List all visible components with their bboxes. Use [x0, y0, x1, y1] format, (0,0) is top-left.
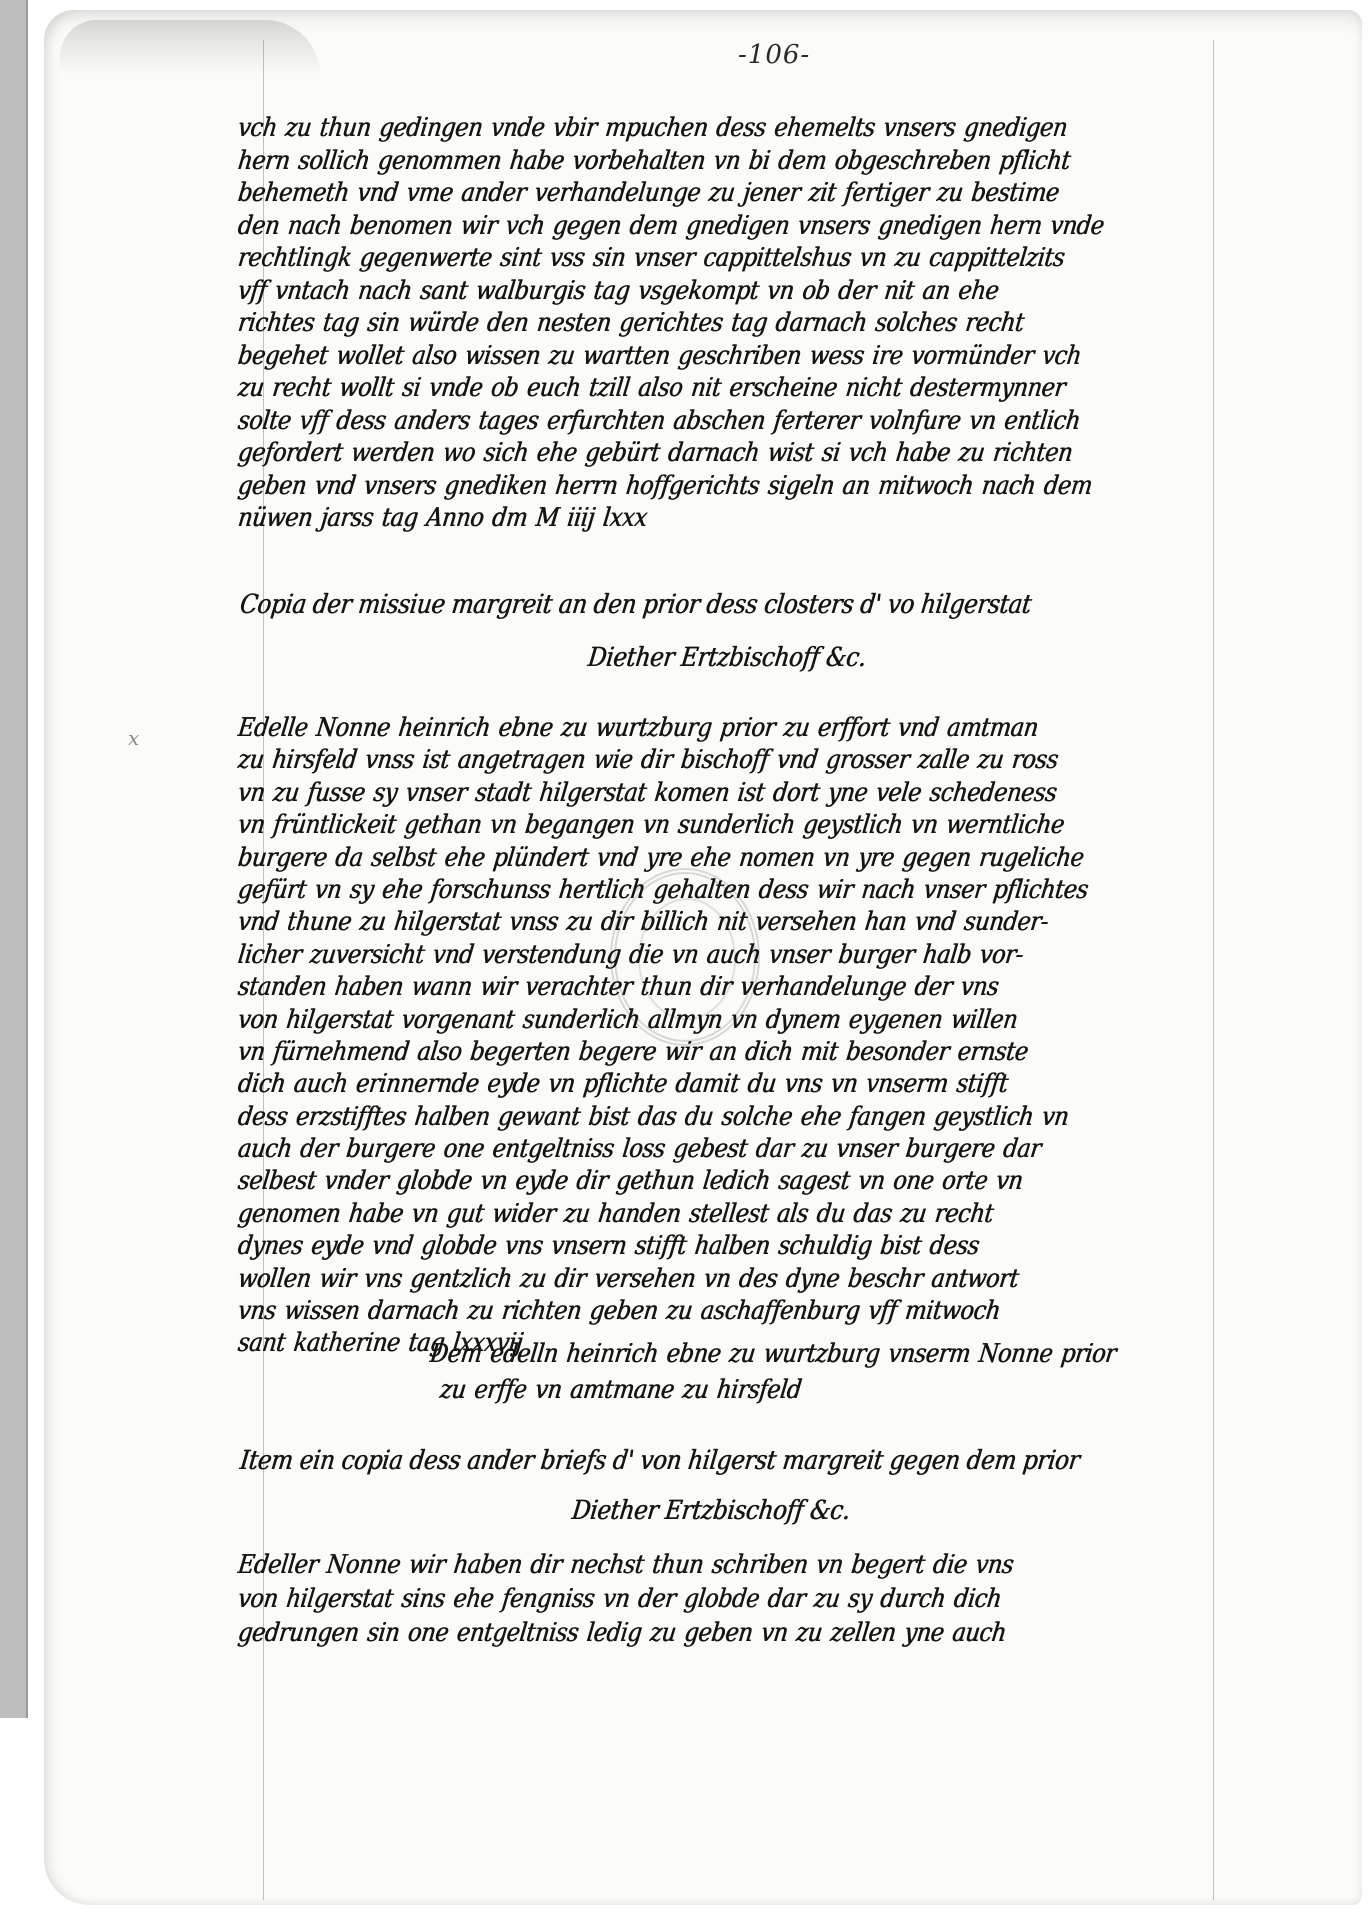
address-line: zu erffe vn amtmane zu hirsfeld: [427, 1369, 1272, 1410]
text-line: standen haben wann wir verachter thun di…: [236, 969, 1251, 1006]
text-line: zu recht wollt si vnde ob euch tzill als…: [236, 370, 1251, 407]
letter-body-2: Edeller Nonne wir haben dir nechst thun …: [238, 1548, 1248, 1650]
text-line: nüwen jarss tag Anno dm M iiij lxxx: [236, 500, 1251, 537]
text-line: behemeth vnd vme ander verhandelunge zu …: [236, 175, 1251, 212]
text-line: rechtlingk gegenwerte sint vss sin vnser…: [236, 240, 1251, 277]
letter-address: Dem edelln heinrich ebne zu wurtzburg vn…: [430, 1336, 1270, 1408]
torn-paper-edge: [60, 20, 320, 75]
text-line: vn früntlickeit gethan vn begangen vn su…: [236, 807, 1251, 844]
text-line: vnd thune zu hilgerstat vnss zu dir bill…: [236, 904, 1251, 941]
text-line: dich auch erinnernde eyde vn pflichte da…: [236, 1066, 1251, 1103]
page-number: -106-: [738, 40, 810, 70]
text-line: vch zu thun gedingen vnde vbir mpuchen d…: [236, 110, 1251, 147]
continuation-paragraph: vch zu thun gedingen vnde vbir mpuchen d…: [238, 112, 1248, 535]
section-heading-copia: Copia der missiue margreit an den prior …: [238, 590, 1032, 620]
text-line: richtes tag sin würde den nesten gericht…: [236, 305, 1251, 342]
text-line: gedrungen sin one entgeltniss ledig zu g…: [236, 1613, 1251, 1652]
text-line: dynes eyde vnd globde vns vnsern stifft …: [236, 1228, 1251, 1265]
letter-body-1: Edelle Nonne heinrich ebne zu wurtzburg …: [238, 712, 1248, 1360]
margin-annotation: x: [128, 726, 139, 750]
text-line: gefordert werden wo sich ehe gebürt darn…: [236, 435, 1251, 472]
sender-heading-diether: Diether Ertzbischoff &c.: [586, 643, 867, 673]
section-heading-item-copia: Item ein copia dess ander briefs d' von …: [238, 1446, 1081, 1476]
sender-heading-diether-2: Diether Ertzbischoff &c.: [570, 1496, 851, 1526]
scanner-edge-strip: [0, 0, 28, 1718]
